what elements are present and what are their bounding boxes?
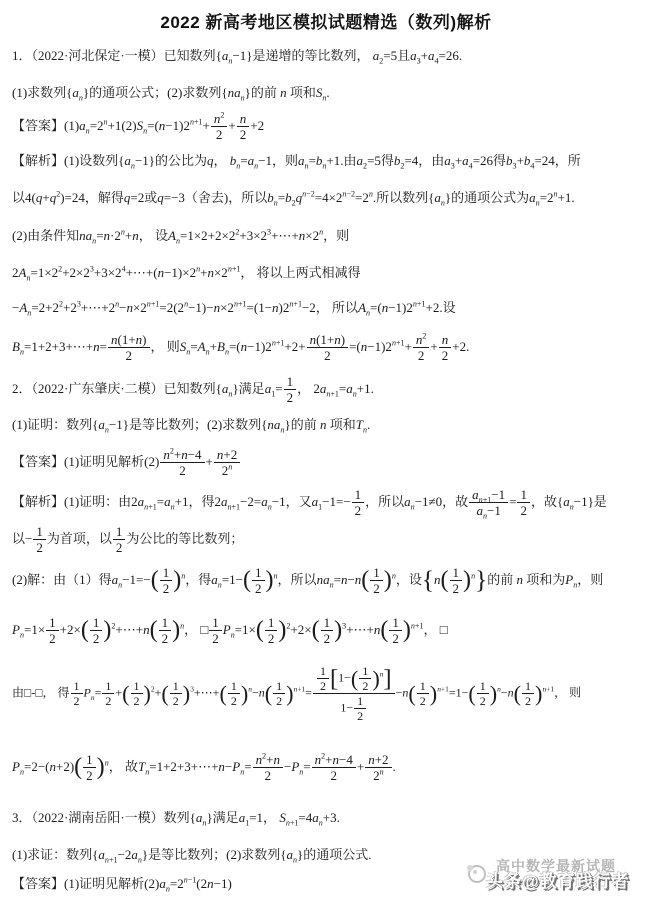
document-line: 【答案】(1)证明见解析(2)n2+n−42+n+22n (12, 447, 241, 479)
document-line: 【答案】(1)证明见解析(2)an=2n−1(2n−1) (12, 876, 232, 893)
document-line: 3．（2022·湖南岳阳·一模）数列{an}满足a1=1， Sn+1=4an+3… (12, 810, 340, 827)
document-line: −An=2+22+23+⋯+2n−n×2n+1=2(2n−1)−n×2n+1=(… (12, 300, 456, 317)
watermark-front-text: 头条@教育践行者 (486, 867, 630, 892)
watermark: 高中数学最新试题 头条@教育践行者 (470, 855, 650, 901)
document-line: Pn=2−(n+2)(12)n， 故Tn=1+2+3+⋯+n−Pn=n2+n2−… (12, 752, 396, 784)
document-line: 以−12为首项，以12为公比的等比数列； (12, 524, 243, 556)
document-line: (1)证明：数列{an−1}是等比数列；(2)求数列{nan}的前 n 项和Tn… (12, 417, 370, 434)
document-line: (2)由条件知nan=n·2n+n， 设An=1×2+2×22+3×23+⋯+n… (12, 228, 349, 245)
document-line: (1)求数列{an}的通项公式；(2)求数列{nan}的前 n 项和Sn. (12, 85, 330, 102)
document-line: (1)求证：数列{an+1−2an}是等比数列；(2)求数列{an}的通项公式. (12, 847, 372, 864)
document-line: Bn=1+2+3+⋯+n=n(1+n)2， 则Sn=An+Bn=(n−1)2n+… (12, 332, 469, 364)
document-line: Pn=1×12+2×(12)2+⋯+n(12)n， □12Pn=1×(12)2+… (12, 615, 448, 647)
watermark-logo-icon (464, 863, 488, 890)
document-line: 由□-□， 得12Pn=12+(12)2+(12)3+⋯+(12)n−n(12)… (12, 664, 581, 724)
document-line: 2An=1×22+2×23+3×24+⋯+(n−1)×2n+n×2n+1， 将以… (12, 265, 361, 282)
document-line: 以4(q+q2)=24，解得q=2或q=−3（舍去)，所以bn=b2qn−2=4… (12, 190, 575, 207)
document-line: 1．（2022·河北保定·一模）已知数列{an−1}是递增的等比数列， a2=5… (12, 48, 462, 65)
page-title: 2022 新高考地区模拟试题精选（数列)解析 (0, 8, 652, 33)
document-line: (2)解：由（1）得an−1=−(12)n，得an=1−(12)n，所以nan=… (12, 565, 603, 597)
document-line: 【解析】(1)证明：由2an+1=an+1，得2an+1−2=an−1，又a1−… (12, 487, 607, 519)
document-page: 2022 新高考地区模拟试题精选（数列)解析 1．（2022·河北保定·一模）已… (0, 0, 652, 904)
document-line: 【答案】(1)an=2n+1(2)Sn=(n−1)2n+1+n22+n2+2 (12, 111, 264, 143)
document-line: 【解析】(1)设数列{an−1}的公比为q， bn=an−1，则an=bn+1.… (12, 153, 581, 170)
document-line: 2．（2022·广东肇庆·二模）已知数列{an}满足a1=12， 2an+1=a… (12, 374, 374, 406)
